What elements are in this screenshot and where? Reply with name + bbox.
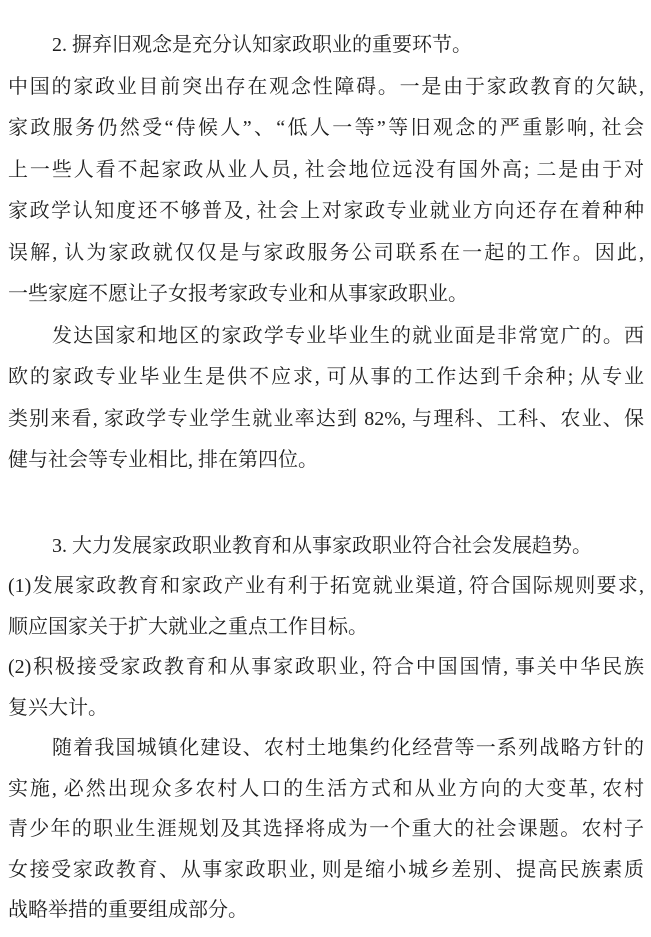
text-line: 女接受家政教育、从事家政职业, 则是缩小城乡差别、提高民族素质 [8, 850, 644, 891]
text-line: 青少年的职业生涯规划及其选择将成为一个重大的社会课题。农村子 [8, 809, 644, 850]
text-line: 复兴大计。 [8, 688, 644, 729]
text-line: 健与社会等专业相比, 排在第四位。 [8, 440, 644, 482]
text-line: 误解, 认为家政就仅仅是与家政服务公司联系在一起的工作。因此, [8, 233, 644, 275]
text-line: (1)发展家政教育和家政产业有利于拓宽就业渠道, 符合国际规则要求, [8, 566, 644, 607]
text-line: 家政学认知度还不够普及, 社会上对家政专业就业方向还存在着种种 [8, 191, 644, 233]
text-line: 发达国家和地区的家政学专业毕业生的就业面是非常宽广的。西 [8, 316, 644, 358]
text-line: 3. 大力发展家政职业教育和从事家政职业符合社会发展趋势。 [8, 526, 644, 567]
text-line: 家政服务仍然受“侍候人”、“低人一等”等旧观念的严重影响, 社会 [8, 108, 644, 150]
text-line: 类别来看, 家政学专业学生就业率达到 82%, 与理科、工科、农业、保 [8, 399, 644, 441]
document-page: 2. 摒弃旧观念是充分认知家政职业的重要环节。中国的家政业目前突出存在观念性障碍… [0, 0, 651, 937]
text-line: (2)积极接受家政教育和从事家政职业, 符合中国国情, 事关中华民族 [8, 647, 644, 688]
document-body: 2. 摒弃旧观念是充分认知家政职业的重要环节。中国的家政业目前突出存在观念性障碍… [0, 0, 651, 931]
text-line: 随着我国城镇化建设、农村土地集约化经营等一系列战略方针的 [8, 728, 644, 769]
text-line: 上一些人看不起家政从业人员, 社会地位远没有国外高; 二是由于对 [8, 150, 644, 192]
text-line: 中国的家政业目前突出存在观念性障碍。一是由于家政教育的欠缺, [8, 67, 644, 109]
text-line: 2. 摒弃旧观念是充分认知家政职业的重要环节。 [8, 25, 644, 67]
text-line: 一些家庭不愿让子女报考家政专业和从事家政职业。 [8, 274, 644, 316]
text-line: 实施, 必然出现众多农村人口的生活方式和从业方向的大变革, 农村 [8, 769, 644, 810]
text-line: 顺应国家关于扩大就业之重点工作目标。 [8, 607, 644, 648]
text-line: 战略举措的重要组成部分。 [8, 890, 644, 931]
text-line: 欧的家政专业毕业生是供不应求, 可从事的工作达到千余种; 从专业 [8, 357, 644, 399]
